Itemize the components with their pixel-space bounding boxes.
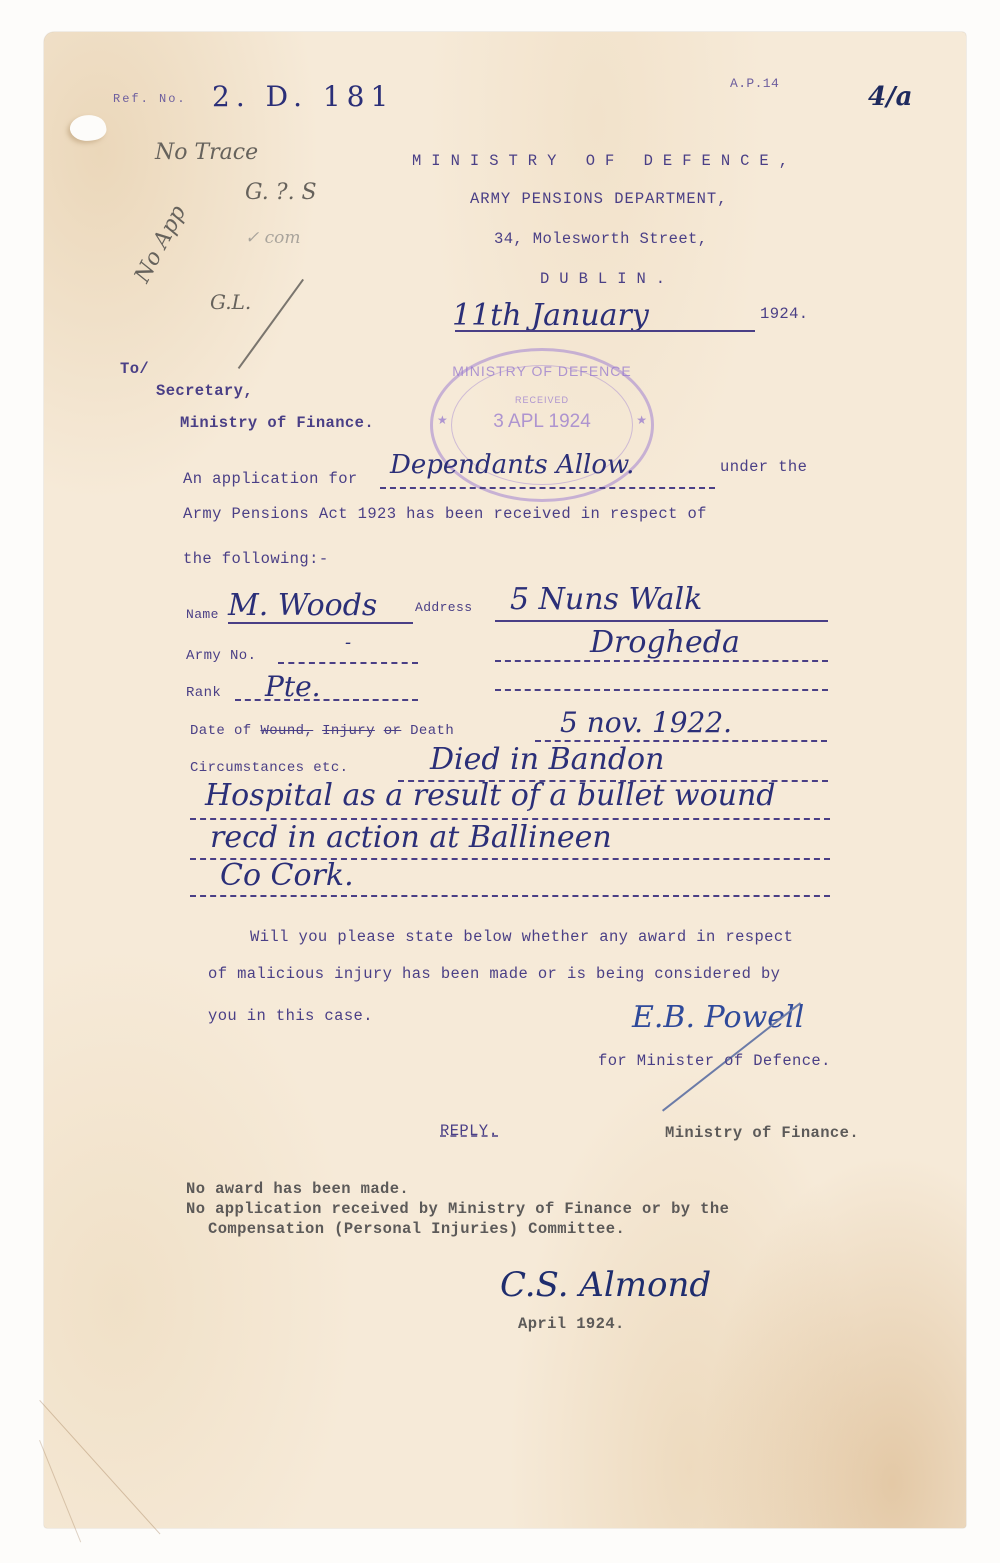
letterhead-city: DUBLIN. (540, 270, 675, 288)
circumstances-line2: Hospital as a result of a bullet wound (205, 778, 776, 813)
reply-heading: REPLY. (440, 1122, 498, 1140)
circumstances-line4-underline (190, 895, 830, 897)
request-line1: Will you please state below whether any … (250, 928, 793, 946)
stamp-date: 3 APL 1924 (433, 411, 651, 433)
letterhead-street: 34, Molesworth Street, (494, 230, 707, 248)
date-label-prefix: Date of (190, 723, 252, 739)
date-handwritten: 11th January (452, 298, 649, 333)
intro-line2: Army Pensions Act 1923 has been received… (183, 505, 707, 523)
stamp-star-icon: ★ (636, 413, 647, 427)
stamp-star-icon: ★ (437, 413, 448, 427)
name-underline (228, 622, 413, 624)
army-no-underline (278, 662, 418, 664)
signature-finance: C.S. Almond (500, 1265, 711, 1305)
intro-prefix: An application for (183, 470, 358, 488)
name-label: Name (186, 607, 219, 622)
reply-date: April 1924. (518, 1315, 625, 1333)
stamp-received-label: RECEIVED (433, 395, 651, 405)
date-label-injury: Injury (322, 723, 375, 739)
circumstances-line3: recd in action at Ballineen (210, 820, 612, 855)
circumstances-label: Circumstances etc. (190, 760, 348, 776)
signature-caption: for Minister of Defence. (598, 1052, 831, 1070)
intro-line3: the following:- (183, 550, 329, 568)
letterhead-ministry: MINISTRY OF DEFENCE, (412, 152, 798, 170)
application-type-underline (380, 487, 715, 489)
stamp-ministry-text: MINISTRY OF DEFENCE (433, 363, 651, 379)
pencil-note-no-trace: No Trace (155, 140, 258, 165)
pencil-note-initials-2: G.L. (210, 290, 251, 314)
pencil-note-initials: G. ?. S (245, 180, 317, 205)
reply-line1: No award has been made. (186, 1180, 409, 1198)
to-label: To/ (120, 360, 149, 378)
intro-suffix: under the (720, 458, 807, 476)
date-label-wound: Wound, (260, 723, 313, 739)
request-line2: of malicious injury has been made or is … (208, 965, 780, 983)
request-line3: you in this case. (208, 1007, 373, 1025)
application-type: Dependants Allow. (390, 450, 634, 480)
circumstances-line4: Co Cork. (220, 858, 354, 893)
name-value: M. Woods (228, 588, 377, 623)
date-underline (455, 330, 755, 332)
reply-office: Ministry of Finance. (665, 1124, 859, 1142)
form-code: A.P.14 (730, 76, 779, 91)
army-no-value: - (345, 632, 351, 653)
circumstances-line1: Died in Bandon (430, 742, 664, 777)
date-year: 1924. (760, 305, 809, 323)
address-line1: 5 Nuns Walk (510, 582, 702, 617)
date-death-value: 5 nov. 1922. (560, 706, 732, 739)
letterhead-department: ARMY PENSIONS DEPARTMENT, (470, 190, 728, 208)
ref-number: 2. D. 181 (212, 80, 394, 113)
address-line3-underline (495, 689, 828, 691)
date-death-label: Date of Wound, Injury or Death (190, 723, 454, 739)
address-label: Address (415, 600, 472, 615)
address-line2: Drogheda (590, 625, 740, 660)
address-line1-underline (495, 620, 828, 622)
date-label-death: Death (410, 723, 454, 739)
rank-label: Rank (186, 685, 221, 701)
recipient-office: Ministry of Finance. (180, 414, 374, 432)
date-label-or: or (384, 723, 402, 739)
ref-label: Ref. No. (113, 92, 187, 106)
reply-line2: No application received by Ministry of F… (186, 1200, 729, 1218)
rank-underline (235, 699, 418, 701)
folio-mark: 4/a (868, 82, 912, 112)
recipient-title: Secretary, (156, 382, 253, 400)
reply-line3: Compensation (Personal Injuries) Committ… (208, 1220, 625, 1238)
pencil-note-com: ✓ com (245, 228, 301, 248)
address-line2-underline (495, 660, 828, 662)
army-no-label: Army No. (186, 648, 256, 664)
